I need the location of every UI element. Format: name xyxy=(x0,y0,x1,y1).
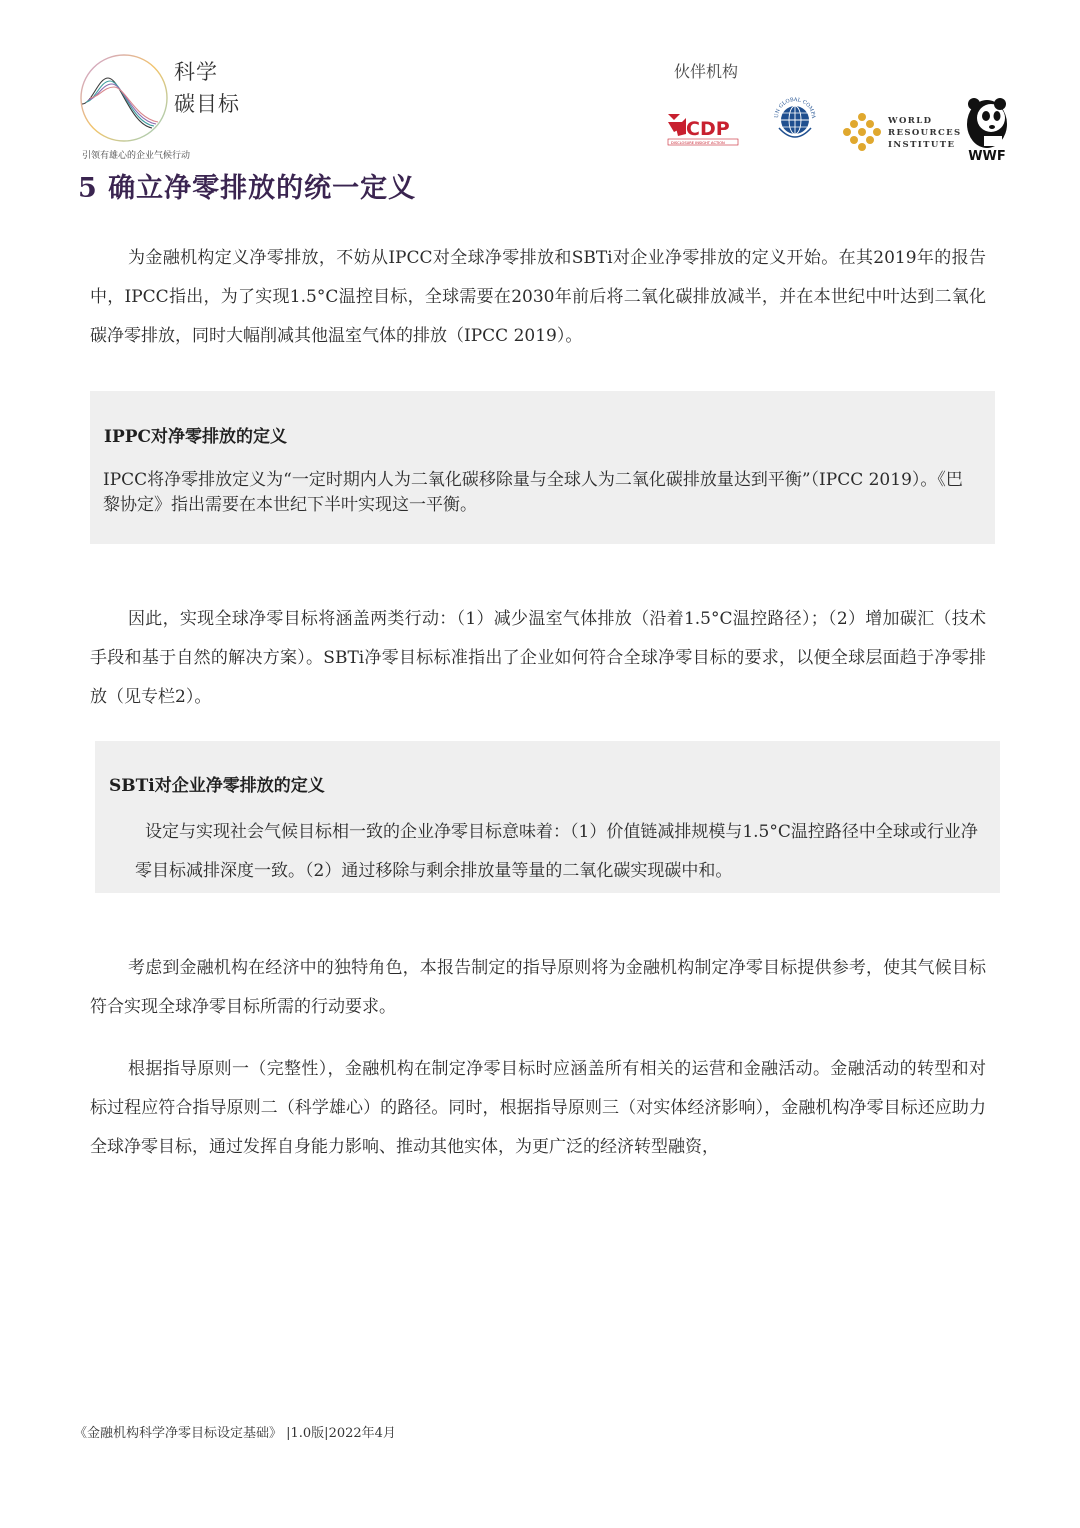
definition-box-ipcc: IPPC对净零排放的定义 IPCC将净零排放定义为“一定时期内人为二氧化碳移除量… xyxy=(90,391,995,544)
wri-logo-icon xyxy=(842,112,882,152)
sbti-curve-circle-icon xyxy=(78,52,170,144)
un-global-compact-logo-icon: UN GLOBAL COMPACT xyxy=(770,94,820,146)
svg-text:CDP: CDP xyxy=(686,118,730,140)
wri-logo-text: WORLD RESOURCES INSTITUTE xyxy=(888,115,962,151)
box-title-sbti: SBTi对企业净零排放的定义 xyxy=(109,771,325,796)
paragraph-actions: 因此，实现全球净零目标将涵盖两类行动：（1）减少温室气体排放（沿着1.5°C温控… xyxy=(90,600,986,717)
logo-title-line1: 科学 xyxy=(174,56,218,86)
wwf-panda-logo-icon: WWF xyxy=(962,96,1012,162)
page-footer: 《金融机构科学净零目标设定基础》 |1.0版|2022年4月 xyxy=(74,1422,396,1441)
definition-box-sbti: SBTi对企业净零排放的定义 设定与实现社会气候目标相一致的企业净零目标意味着：… xyxy=(95,741,1000,893)
box-body-sbti: 设定与实现社会气候目标相一致的企业净零目标意味着：（1）价值链减排规模与1.5°… xyxy=(135,813,985,891)
section-title: 5 确立净零排放的统一定义 xyxy=(78,166,416,205)
paragraph-financial-role: 考虑到金融机构在经济中的独特角色，本报告制定的指导原则将为金融机构制定净零目标提… xyxy=(90,949,986,1027)
wri-logo: WORLD RESOURCES INSTITUTE xyxy=(842,112,952,152)
cdp-logo-icon: CDP DISCLOSURE INSIGHT ACTION xyxy=(666,110,742,146)
svg-text:WWF: WWF xyxy=(968,149,1006,162)
paragraph-intro: 为金融机构定义净零排放，不妨从IPCC对全球净零排放和SBTi对企业净零排放的定… xyxy=(90,239,986,356)
box-body-ipcc: IPCC将净零排放定义为“一定时期内人为二氧化碳移除量与全球人为二氧化碳排放量达… xyxy=(103,468,973,518)
partners-label: 伙伴机构 xyxy=(674,59,738,82)
logo-tagline: 引领有雄心的企业气候行动 xyxy=(82,148,190,161)
svg-text:DISCLOSURE INSIGHT ACTION: DISCLOSURE INSIGHT ACTION xyxy=(671,141,725,145)
logo-title-line2: 碳目标 xyxy=(174,88,240,118)
box-title-ipcc: IPPC对净零排放的定义 xyxy=(104,422,287,447)
paragraph-guiding-principles: 根据指导原则一（完整性），金融机构在制定净零目标时应涵盖所有相关的运营和金融活动… xyxy=(90,1050,986,1167)
sbti-logo: 科学 碳目标 引领有雄心的企业气候行动 xyxy=(78,52,318,164)
